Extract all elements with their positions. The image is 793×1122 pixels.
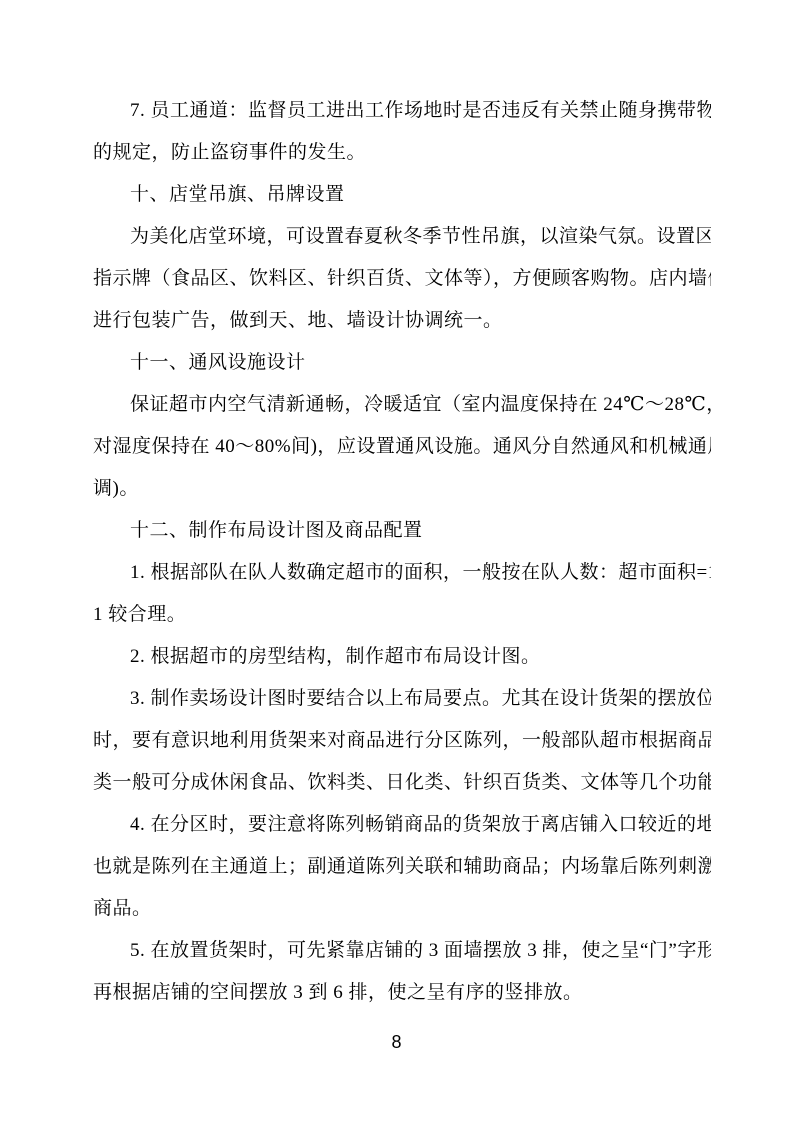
text-line: 1. 根据部队在队人数确定超市的面积，一般按在队人数：超市面积=10： — [93, 552, 711, 594]
section-heading-12: 十二、制作布局设计图及商品配置 — [93, 510, 711, 552]
heading-line: 十二、制作布局设计图及商品配置 — [93, 510, 711, 552]
heading-line: 十、店堂吊旗、吊牌设置 — [93, 174, 711, 216]
text-line: 商品。 — [93, 888, 711, 930]
text-line: 3. 制作卖场设计图时要结合以上布局要点。尤其在设计货架的摆放位置 — [93, 678, 711, 720]
text-line: 对湿度保持在 40～80%间)，应设置通风设施。通风分自然通风和机械通风(空 — [93, 426, 711, 468]
text-line: 4. 在分区时，要注意将陈列畅销商品的货架放于离店铺入口较近的地方， — [93, 804, 711, 846]
text-line: 的规定，防止盗窃事件的发生。 — [93, 132, 711, 174]
paragraph-item-2: 2. 根据超市的房型结构，制作超市布局设计图。 — [93, 636, 711, 678]
text-line: 类一般可分成休闲食品、饮料类、日化类、针织百货类、文体等几个功能区。 — [93, 762, 711, 804]
paragraph-body: 保证超市内空气清新通畅，冷暖适宜（室内温度保持在 24℃～28℃，相 对湿度保持… — [93, 384, 711, 510]
text-block: 7. 员工通道：监督员工进出工作场地时是否违反有关禁止随身携带物品 的规定，防止… — [93, 90, 711, 1014]
paragraph-body: 为美化店堂环境，可设置春夏秋冬季节性吊旗，以渲染气氛。设置区域 指示牌（食品区、… — [93, 216, 711, 342]
section-heading-11: 十一、通风设施设计 — [93, 342, 711, 384]
text-line: 也就是陈列在主通道上；副通道陈列关联和辅助商品；内场靠后陈列刺激性 — [93, 846, 711, 888]
page-footer: 8 — [0, 1030, 793, 1054]
text-line: 指示牌（食品区、饮料区、针织百货、文体等），方便顾客购物。店内墙体 — [93, 258, 711, 300]
text-line: 2. 根据超市的房型结构，制作超市布局设计图。 — [93, 636, 711, 678]
text-line: 调)。 — [93, 468, 711, 510]
page-number: 8 — [391, 1032, 401, 1052]
text-line: 1 较合理。 — [93, 594, 711, 636]
heading-line: 十一、通风设施设计 — [93, 342, 711, 384]
text-line: 保证超市内空气清新通畅，冷暖适宜（室内温度保持在 24℃～28℃，相 — [93, 384, 711, 426]
text-line: 时，要有意识地利用货架来对商品进行分区陈列，一般部队超市根据商品种 — [93, 720, 711, 762]
text-line: 进行包装广告，做到天、地、墙设计协调统一。 — [93, 300, 711, 342]
paragraph-item-7: 7. 员工通道：监督员工进出工作场地时是否违反有关禁止随身携带物品 的规定，防止… — [93, 90, 711, 174]
text-line: 7. 员工通道：监督员工进出工作场地时是否违反有关禁止随身携带物品 — [93, 90, 711, 132]
text-line: 5. 在放置货架时，可先紧靠店铺的 3 面墙摆放 3 排，使之呈“门”字形， — [93, 930, 711, 972]
paragraph-item-5: 5. 在放置货架时，可先紧靠店铺的 3 面墙摆放 3 排，使之呈“门”字形， 再… — [93, 930, 711, 1014]
paragraph-item-1: 1. 根据部队在队人数确定超市的面积，一般按在队人数：超市面积=10： 1 较合… — [93, 552, 711, 636]
section-heading-10: 十、店堂吊旗、吊牌设置 — [93, 174, 711, 216]
document-page: 7. 员工通道：监督员工进出工作场地时是否违反有关禁止随身携带物品 的规定，防止… — [0, 0, 793, 1122]
text-line: 再根据店铺的空间摆放 3 到 6 排，使之呈有序的竖排放。 — [93, 972, 711, 1014]
paragraph-item-4: 4. 在分区时，要注意将陈列畅销商品的货架放于离店铺入口较近的地方， 也就是陈列… — [93, 804, 711, 930]
paragraph-item-3: 3. 制作卖场设计图时要结合以上布局要点。尤其在设计货架的摆放位置 时，要有意识… — [93, 678, 711, 804]
text-line: 为美化店堂环境，可设置春夏秋冬季节性吊旗，以渲染气氛。设置区域 — [93, 216, 711, 258]
